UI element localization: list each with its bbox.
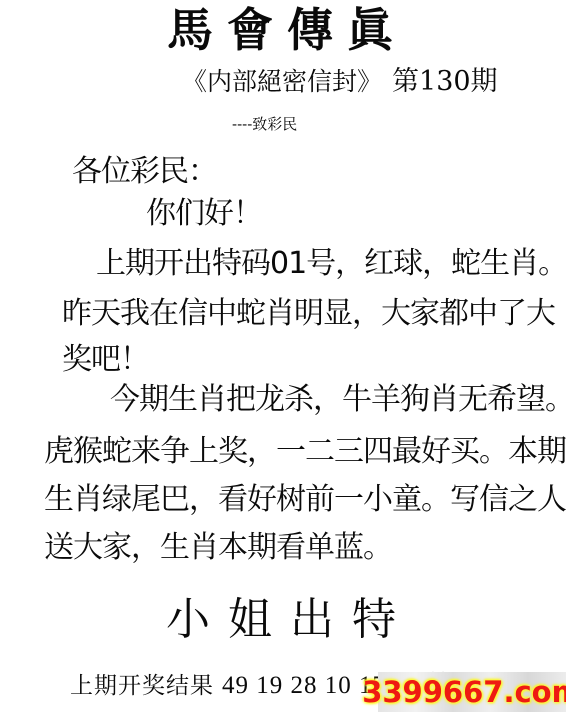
results-label: 上期开奖结果 bbox=[70, 673, 214, 699]
document-subtitle: 《内部絕密信封》第130期 bbox=[182, 64, 498, 100]
watermark-text: 3399667.com bbox=[362, 675, 566, 709]
section-heading: 小姐出特 bbox=[0, 592, 566, 648]
addressee-line: ----致彩民 bbox=[232, 114, 297, 134]
letter-line: 昨天我在信中蛇肖明显，大家都中了大 bbox=[62, 294, 555, 334]
letter-line: 送大家，生肖本期看单蓝。 bbox=[44, 528, 392, 568]
site-watermark: 3399667.com bbox=[378, 672, 566, 712]
letter-line: 今期生肖把龙杀，牛羊狗肖无希望。 bbox=[110, 380, 566, 420]
letter-line: 奖吧！ bbox=[62, 340, 149, 380]
letter-salutation: 你们好！ bbox=[146, 194, 262, 234]
letter-line: 虎猴蛇来争上奖，一二三四最好买。本期 bbox=[44, 432, 566, 472]
letter-greeting: 各位彩民： bbox=[72, 152, 217, 192]
issue-number: 第130期 bbox=[392, 66, 498, 97]
letter-line: 上期开出特码01号，红球，蛇生肖。 bbox=[96, 244, 566, 284]
document-title: 馬會傳眞 bbox=[0, 2, 566, 58]
letter-line: 生肖绿尾巴，看好树前一小童。写信之人 bbox=[44, 480, 566, 520]
subtitle-label: 《内部絕密信封》 bbox=[182, 67, 382, 96]
